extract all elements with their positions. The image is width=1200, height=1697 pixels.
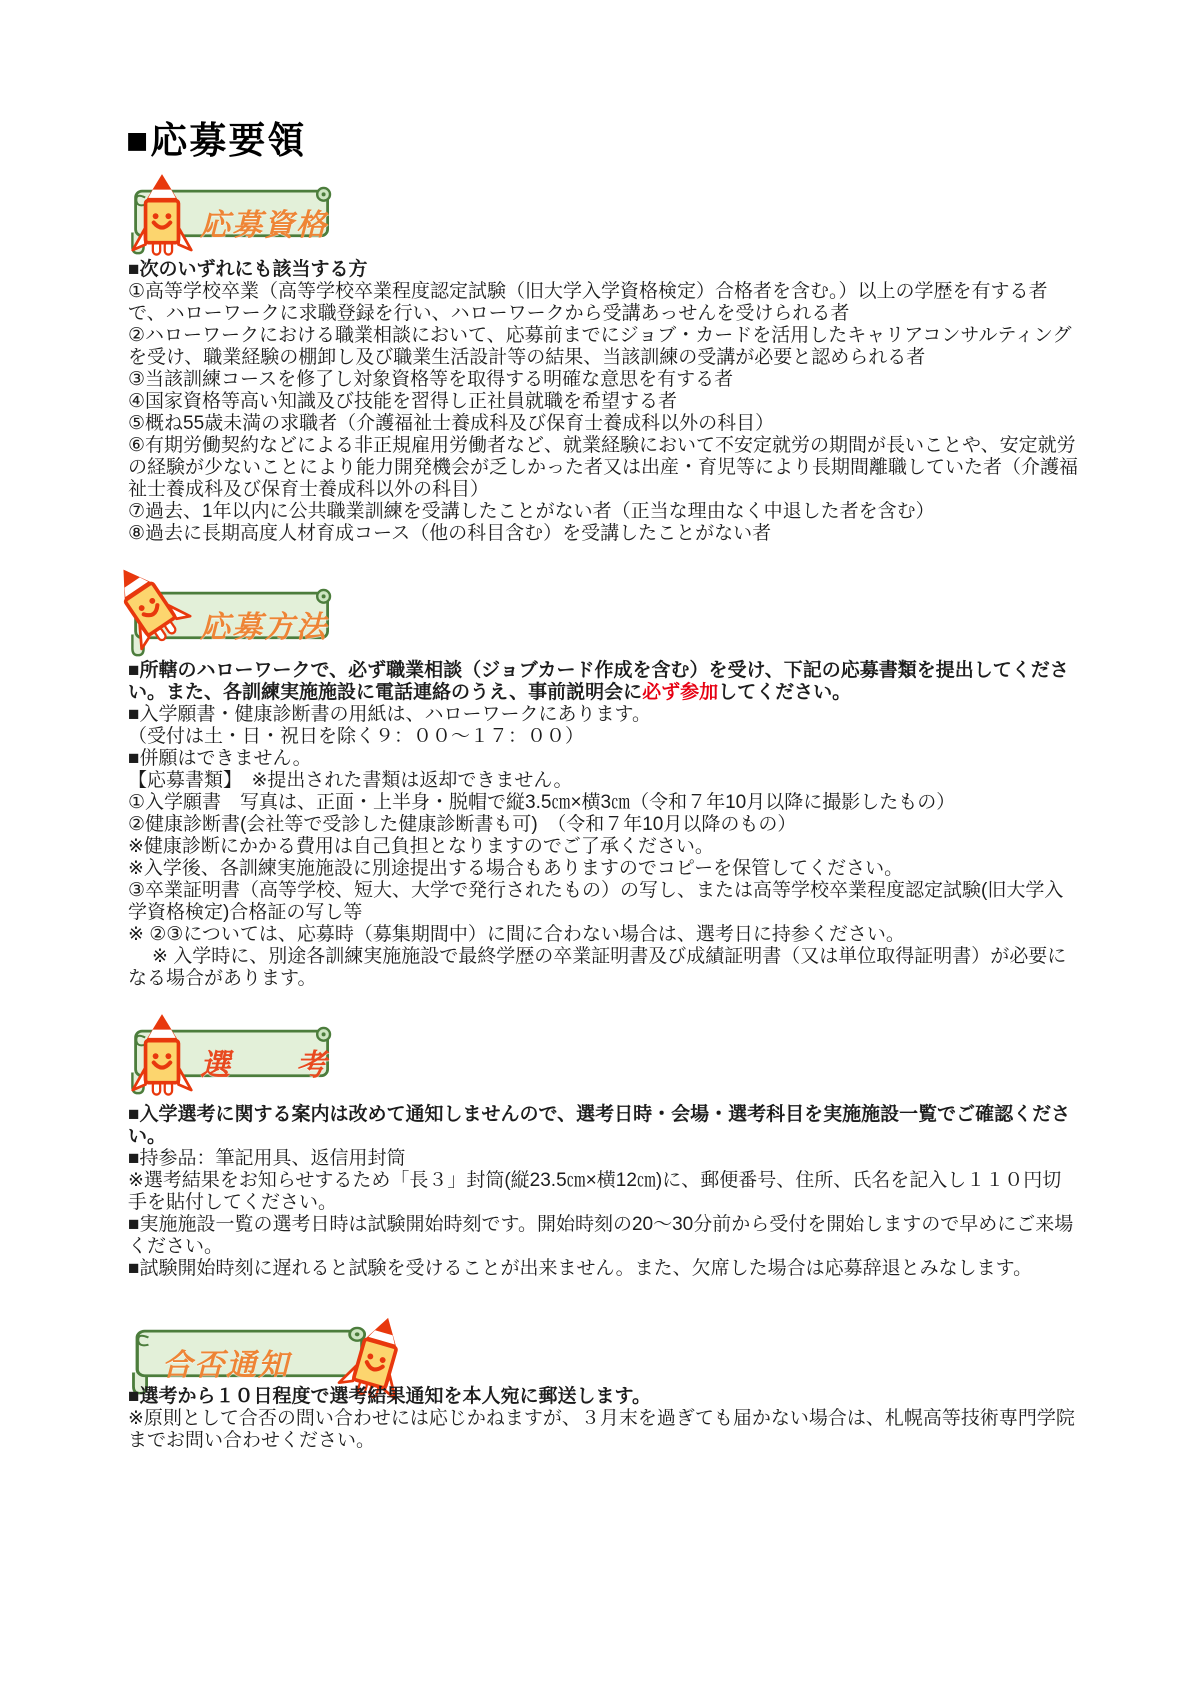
- pencil-rocket-icon: [130, 1012, 194, 1104]
- banner-label-result: 合否通知: [162, 1340, 290, 1384]
- reception-hours: （受付は土・日・祝日を除く９：００～１７：００）: [128, 726, 1080, 748]
- items-to-bring: ■持参品：筆記用具、返信用封筒: [128, 1148, 1080, 1170]
- lateness-note: ■試験開始時刻に遅れると試験を受けることが出来ません。また、欠席した場合は応募辞…: [128, 1258, 1080, 1280]
- selection-section: ■入学選考に関する案内は改めて通知しませんので、選考日時・会場・選考科目を実施施…: [128, 1104, 1080, 1280]
- selection-schedule-note: ■実施施設一覧の選考日時は試験開始時刻です。開始時刻の20～30分前から受付を開…: [128, 1214, 1080, 1258]
- page-title: ■応募要領: [126, 110, 306, 164]
- document-item-3: ③卒業証明書（高等学校、短大、大学で発行されたもの）の写し、または高等学校卒業程…: [128, 880, 1080, 924]
- result-mail-note: ■選考から１０日程度で選考結果通知を本人宛に郵送します。: [128, 1386, 1080, 1408]
- document-item-2-note-2: ※入学後、各訓練実施施設に別途提出する場合もありますのでコピーを保管してください…: [128, 858, 1080, 880]
- method-intro-post: してください。: [718, 682, 851, 703]
- must-attend-emphasis: 必ず参加: [642, 682, 718, 703]
- eligibility-item: ①高等学校卒業（高等学校卒業程度認定試験（旧大学入学資格検定）合格者を含む。）以…: [128, 281, 1080, 325]
- result-section: ■選考から１０日程度で選考結果通知を本人宛に郵送します。 ※原則として合否の問い…: [128, 1386, 1080, 1452]
- eligibility-item: ②ハローワークにおける職業相談において、応募前までにジョブ・カードを活用したキャ…: [128, 325, 1080, 369]
- items-to-bring-note: ※選考結果をお知らせするため「長３」封筒(縦23.5㎝×横12㎝)に、郵便番号、…: [128, 1170, 1080, 1214]
- eligibility-item: ⑧過去に長期高度人材育成コース（他の科目含む）を受講したことがない者: [128, 523, 1080, 545]
- documents-heading: 【応募書類】 ※提出された書類は返却できません。: [128, 770, 1080, 792]
- documents-note-1: ※ ②③については、応募時（募集期間中）に間に合わない場合は、選考日に持参くださ…: [128, 924, 1080, 946]
- eligibility-item: ⑥有期労働契約などによる非正規雇用労働者など、就業経験において不安定就労の期間が…: [128, 435, 1080, 501]
- no-double-application: ■併願はできません。: [128, 748, 1080, 770]
- document-item-1: ①入学願書 写真は、正面・上半身・脱帽で縦3.5㎝×横3㎝（令和７年10月以降に…: [128, 792, 1080, 814]
- document-item-2: ②健康診断書(会社等で受診した健康診断書も可) （令和７年10月以降のもの）: [128, 814, 1080, 836]
- banner-label-selection: 選 考: [200, 1040, 328, 1084]
- documents-note-2: ※ 入学時に、別途各訓練実施施設で最終学歴の卒業証明書及び成績証明書（又は単位取…: [128, 946, 1080, 990]
- eligibility-section: ■次のいずれにも該当する方 ①高等学校卒業（高等学校卒業程度認定試験（旧大学入学…: [128, 259, 1080, 545]
- method-intro-pre: ■所轄のハローワークで、必ず職業相談（ジョブカード作成を含む）を受け、下記の応募…: [128, 660, 1069, 703]
- result-inquiry-note: ※原則として合否の問い合わせには応じかねますが、３月末を過ぎても届かない場合は、…: [128, 1408, 1080, 1452]
- eligibility-heading: ■次のいずれにも該当する方: [128, 259, 1080, 281]
- pencil-rocket-icon: [130, 172, 194, 264]
- form-paper-note: ■入学願書・健康診断書の用紙は、ハローワークにあります。: [128, 704, 1080, 726]
- eligibility-item: ⑦過去、1年以内に公共職業訓練を受講したことがない者（正当な理由なく中退した者を…: [128, 501, 1080, 523]
- selection-notice: ■入学選考に関する案内は改めて通知しませんので、選考日時・会場・選考科目を実施施…: [128, 1104, 1080, 1148]
- application-guidelines-page: ■応募要領 応募資格 ■次のいずれにも該当する方 ①高等学校卒業（高等学校卒業程…: [0, 0, 1200, 1697]
- eligibility-item: ④国家資格等高い知識及び技能を習得し正社員就職を希望する者: [128, 391, 1080, 413]
- banner-label-eligibility: 応募資格: [200, 200, 328, 244]
- eligibility-item: ⑤概ね55歳未満の求職者（介護福祉士養成科及び保育士養成科以外の科目）: [128, 413, 1080, 435]
- document-item-2-note-1: ※健康診断にかかる費用は自己負担となりますのでご了承ください。: [128, 836, 1080, 858]
- eligibility-item: ③当該訓練コースを修了し対象資格等を取得する明確な意思を有する者: [128, 369, 1080, 391]
- application-method-section: ■所轄のハローワークで、必ず職業相談（ジョブカード作成を含む）を受け、下記の応募…: [128, 660, 1080, 990]
- banner-label-method: 応募方法: [200, 602, 328, 646]
- method-intro: ■所轄のハローワークで、必ず職業相談（ジョブカード作成を含む）を受け、下記の応募…: [128, 660, 1080, 704]
